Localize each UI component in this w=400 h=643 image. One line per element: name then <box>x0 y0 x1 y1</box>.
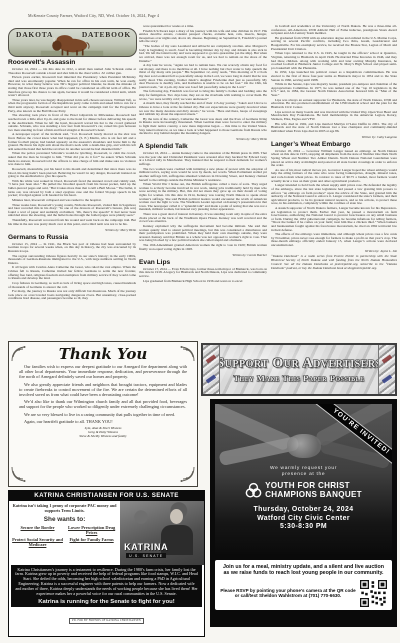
christiansen-item: Secure the Border <box>12 525 63 535</box>
christiansen-senate-ad: KATRINA CHRISTIANSEN FOR U.S. SENATE Kat… <box>8 490 205 637</box>
byline-langer: Written by: Jayme L. Job <box>271 249 397 253</box>
column-middle: were quarantined for weeks at a time.Fri… <box>139 25 267 338</box>
masthead-title-dakota: Dakota <box>16 31 53 39</box>
page-header: McKenzie County Farmer, Watford City, ND… <box>28 13 268 18</box>
headline-a-splendid-talk: A Splendid Talk <box>139 143 267 150</box>
yfc-rsvp-text: Please RSVP by pointing your phone's cam… <box>220 588 356 599</box>
article-splendid-body: October 16, 2024 — Annie Kenney came to … <box>139 152 267 252</box>
candidate-office-label: U.S. SENATE <box>126 553 166 558</box>
thank-you-signature: Steve & Shelby Wisness and family <box>19 434 187 438</box>
byline-roosevelt: Written by: Merry Helm <box>8 228 136 232</box>
column-right: in football and academics at the Univers… <box>271 25 397 338</box>
rolled-newspapers-icon <box>203 345 220 394</box>
byline-germans: Written by: Merry Helm <box>139 137 267 141</box>
yfc-logo-icon <box>245 482 262 499</box>
thank-you-title: Thank You <box>19 346 187 362</box>
yfc-event-time: 5:30-8:30 PM <box>215 523 392 532</box>
headline-germans-to-russia: Germans to Russia <box>8 234 136 241</box>
yfc-banquet-ad: YOU'RE INVITED! We warmly request your p… <box>210 399 397 627</box>
christiansen-item: Fight for Family Farms <box>66 537 117 547</box>
rolled-newspapers-icon <box>378 345 395 394</box>
headline-evan-lips: Evan Lips <box>139 259 267 266</box>
support-banner-line1: Support Our Advertisers <box>216 356 381 371</box>
article-lips-start: October 17, 2024 — Evan Edwin Lips, form… <box>139 268 267 285</box>
yfc-event-date: Thursday, October 24, 2024 <box>215 506 392 515</box>
christiansen-item: Protect Social Security and Medicare <box>12 537 63 547</box>
candidate-photo: KATRINA U.S. SENATE <box>120 501 204 565</box>
dakota-datebook-masthead: Dakota Datebook <box>8 28 137 57</box>
column-left: Roosevelt’s Assassin October 14, 2024 — … <box>8 57 136 339</box>
masthead-title-datebook: Datebook <box>82 31 131 39</box>
headline-langers-wheat-embargo: Langer’s Wheat Embargo <box>271 141 397 148</box>
newspaper-page: McKenzie County Farmer, Watford City, ND… <box>0 0 400 643</box>
thank-you-body: Our families wish to express our deepest… <box>19 364 187 424</box>
article-langer-body: October 18, 2024 — Governor William Lang… <box>271 150 397 249</box>
corner-flourish-icon <box>176 465 196 485</box>
byline-lips: Written by: Cathy Langemo <box>271 135 397 139</box>
christiansen-tagline: Katrina isn’t taking 1 penny of corporat… <box>12 503 117 513</box>
paid-for-disclaimer: PD. FOR BY FRIENDS OF KATRINA CHRISTIANS… <box>69 618 144 623</box>
headline-roosevelts-assassin: Roosevelt’s Assassin <box>8 59 136 66</box>
article-lips-continued: in football and academics at the Univers… <box>271 25 397 134</box>
christiansen-slogan: Katrina is running for the Senate to fig… <box>15 599 198 605</box>
christiansen-ad-header: KATRINA CHRISTIANSEN FOR U.S. SENATE <box>9 491 204 501</box>
article-germans-continued: were quarantined for weeks at a time.Fri… <box>139 25 267 137</box>
corner-flourish-icon <box>176 343 196 363</box>
support-banner-line2: They Make This Paper Possible <box>233 373 364 383</box>
christiansen-wants-label: She wants to: <box>12 516 117 523</box>
article-germans-body: October 15, 2024 — In 1941, the Black Se… <box>8 243 136 302</box>
christiansen-item: Lower Prescription Drug Prices <box>66 525 117 535</box>
qr-code <box>360 580 387 607</box>
yfc-join-text: Join us for a meal, ministry update, and… <box>220 564 387 577</box>
yfc-org-line2: CHAMPIONS BANQUET <box>265 491 362 500</box>
stacked-hands-photo: YOU'RE INVITED! We warmly request your p… <box>215 404 392 556</box>
candidate-name-logo: KATRINA <box>124 542 168 552</box>
article-roosevelt-body: October 14, 2024 — On this date in 1912,… <box>8 68 136 227</box>
yfc-event-venue: Watford City Civic Center <box>215 515 392 524</box>
christiansen-story: Katrina Christiansen’s journey is a test… <box>15 568 198 597</box>
support-advertisers-banner: Support Our Advertisers They Make This P… <box>201 343 397 396</box>
dakota-datebook-note: “Dakota Datebook” is a radio series from… <box>271 255 397 270</box>
yfc-request-line2: presence at the <box>215 472 392 478</box>
byline-splendid: Written by: Carole Butcher <box>139 253 267 257</box>
thank-you-ad: Thank You Our families wish to express o… <box>8 341 198 487</box>
corner-flourish-icon <box>10 465 30 485</box>
corner-flourish-icon <box>10 343 30 363</box>
